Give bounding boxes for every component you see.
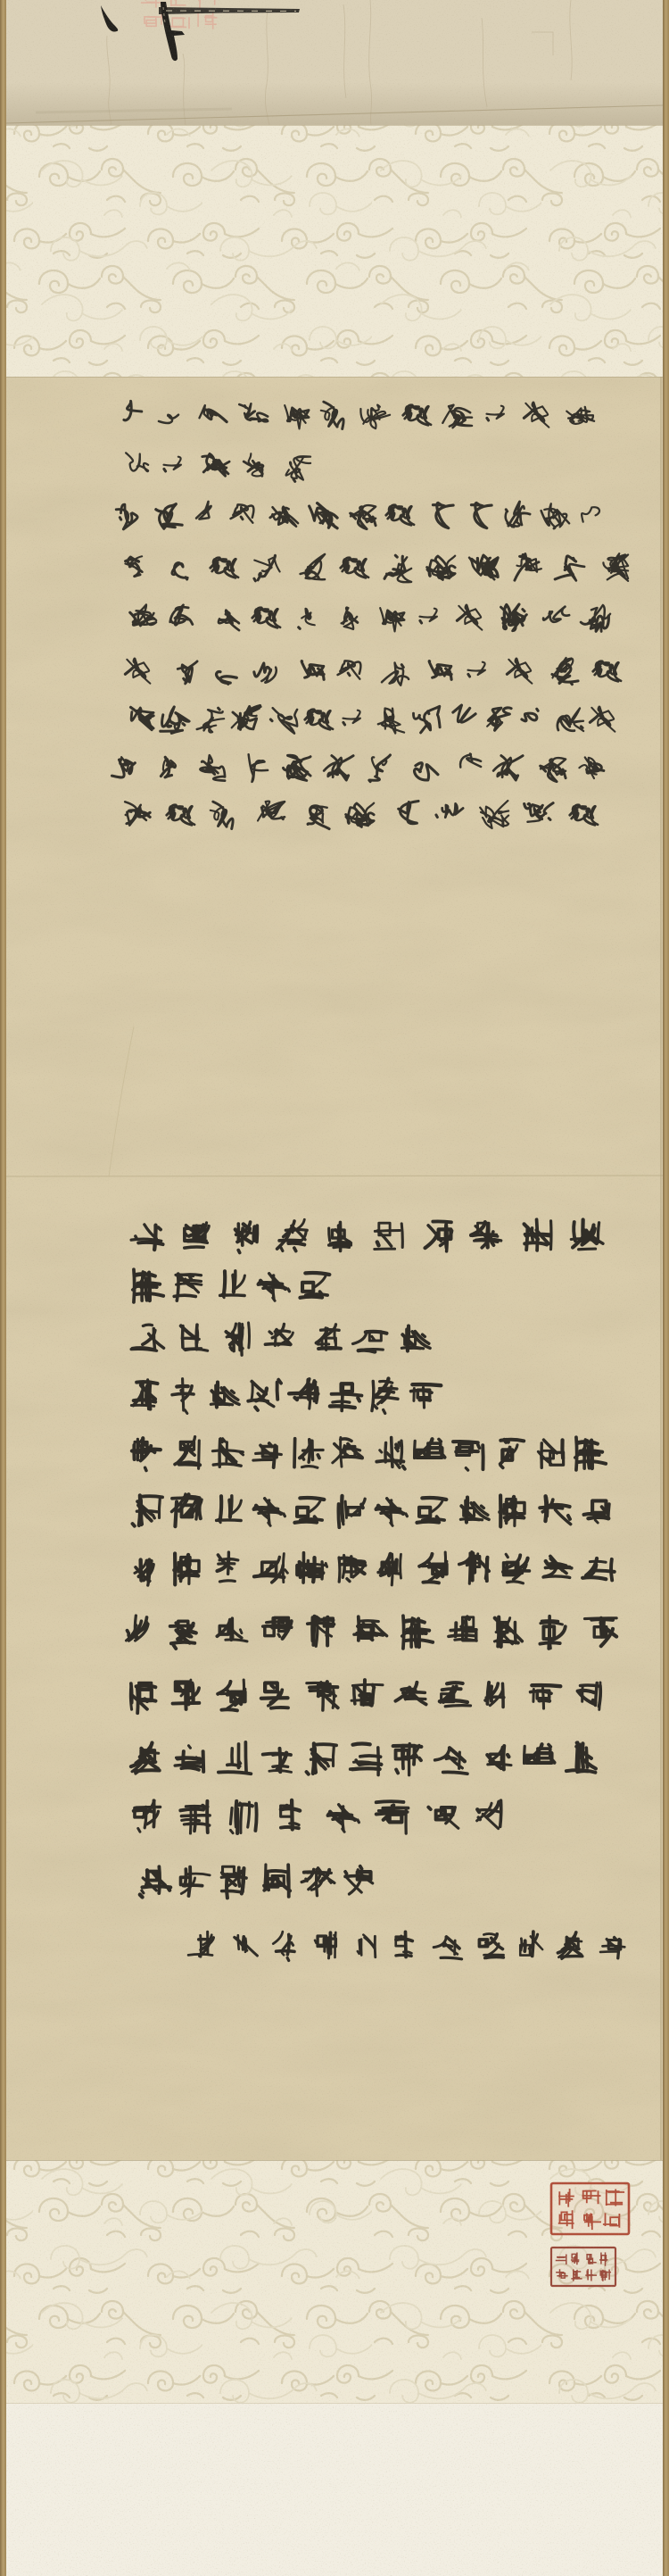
calligraphy-character: 將 — [120, 548, 153, 587]
calligraphy-character: 無 — [257, 1860, 296, 1901]
calligraphy-character: 萬 — [207, 598, 241, 637]
calligraphy-character: 爲 — [596, 548, 630, 587]
calligraphy-character: 今 — [213, 1675, 252, 1716]
calligraphy-character: 之 — [409, 1433, 449, 1474]
calligraphy-character: 淳 — [278, 748, 312, 787]
calligraphy-character: 一 — [363, 748, 397, 787]
calligraphy-character: 石 — [193, 700, 227, 739]
calligraphy-character: 能 — [481, 1675, 520, 1716]
calligraphy-character: 計 — [372, 700, 406, 739]
calligraphy-character: 若 — [116, 446, 150, 486]
calligraphy-character: 落 — [154, 395, 188, 435]
calligraphy-character: 由 — [207, 652, 241, 691]
calligraphy-column: 召生由喜都子達都乃召異之 — [122, 652, 623, 691]
calligraphy-character: 塘 — [469, 1215, 508, 1256]
calligraphy-character: 以 — [128, 1490, 167, 1531]
calligraphy-character: 之 — [566, 795, 599, 835]
calligraphy-character: 得 — [343, 495, 377, 535]
calligraphy-character: 寶 — [351, 1611, 390, 1652]
calligraphy-character: 兄 — [333, 1548, 372, 1589]
calligraphy-character: 百 — [538, 1548, 577, 1589]
calligraphy-character: 筆 — [442, 1611, 482, 1652]
calligraphy-character: 召 — [504, 652, 538, 691]
calligraphy-character: 御 — [323, 1215, 362, 1256]
calligraphy-character: 物 — [537, 495, 571, 535]
calligraphy-character: 答 — [471, 1796, 510, 1837]
calligraphy-character: 堅 — [177, 1796, 216, 1837]
calligraphy-character: 見 — [252, 795, 286, 835]
calligraphy-column: 樞密在政府時侍 — [128, 1318, 434, 1359]
calligraphy-character: 也 — [423, 548, 457, 587]
calligraphy-character: 年 — [167, 1611, 206, 1652]
calligraphy-character: 謹 — [555, 1927, 589, 1965]
calligraphy-character: 賜 — [169, 1490, 208, 1531]
calligraphy-character: 心 — [476, 795, 510, 835]
calligraphy-character: 大 — [250, 1490, 289, 1531]
calligraphy-character: 意 — [277, 395, 310, 435]
calligraphy-character: 謹 — [128, 1738, 167, 1779]
calligraphy-character: 都 — [419, 652, 453, 691]
calligraphy-character: 示 — [345, 1738, 384, 1779]
calligraphy-character: 綿 — [421, 495, 455, 535]
calligraphy-character: 觀 — [304, 1611, 343, 1652]
calligraphy-column: 朽堅忠孝大節仰答 — [128, 1796, 510, 1837]
calligraphy-character: 父 — [296, 1265, 335, 1306]
calligraphy-character: 超 — [124, 1675, 163, 1716]
calligraphy-character: 從 — [194, 395, 228, 435]
calligraphy-character: 大 — [324, 1796, 363, 1837]
calligraphy-character: 都 — [292, 652, 326, 691]
calligraphy-character: 祕 — [128, 1548, 167, 1589]
calligraphy-column: 灑落從遊意以出之何乃召沫 — [113, 395, 596, 435]
calligraphy-character: 楓 — [266, 495, 300, 535]
calligraphy-character: 召 — [122, 652, 156, 691]
calligraphy-character: 眷 — [176, 1860, 215, 1901]
calligraphy-character: 以 — [301, 1738, 341, 1779]
calligraphy-character: 年 — [321, 748, 355, 787]
calligraphy-column: 圖向曾大父 — [128, 1265, 335, 1306]
calligraphy-character: 已 — [479, 700, 513, 739]
calligraphy-character: 晚 — [566, 1215, 606, 1256]
calligraphy-character: 之 — [301, 700, 334, 739]
calligraphy-character: 凡 — [347, 1675, 386, 1716]
calligraphy-character: 圖 — [397, 1611, 436, 1652]
calligraphy-column: 聖眷於無涯也 — [135, 1860, 377, 1901]
calligraphy-character: 侍 — [454, 1490, 493, 1531]
calligraphy-character: 而 — [552, 548, 586, 587]
calligraphy-character: 子 — [334, 652, 368, 691]
calligraphy-character: 十 — [406, 748, 440, 787]
calligraphy-column: 北齋侍宴酒酣樂作 — [124, 1375, 445, 1416]
calligraphy-character: 酉 — [309, 1927, 343, 1965]
calligraphy-character: 者 — [150, 495, 184, 535]
calligraphy-character: 所 — [498, 495, 532, 535]
calligraphy-character: 至 — [251, 1548, 290, 1589]
calligraphy-character: 士 — [578, 598, 612, 637]
calligraphy-character: 上 — [128, 1433, 167, 1474]
calligraphy-character: 卓 — [169, 1675, 208, 1716]
calligraphy-character: 孫 — [432, 1927, 466, 1965]
calligraphy-character: 今 — [415, 1548, 454, 1589]
calligraphy-character: 異 — [546, 652, 580, 691]
calligraphy-character: 七 — [449, 748, 483, 787]
calligraphy-character: 節 — [373, 1796, 412, 1837]
calligraphy-character: 召 — [587, 700, 621, 739]
calligraphy-column: 徽宗皇帝御製池塘秋晚 — [128, 1215, 606, 1256]
calligraphy-character: 言 — [157, 700, 191, 739]
calligraphy-character: 後 — [193, 748, 227, 787]
calligraphy-character: 密 — [172, 1318, 211, 1359]
calligraphy-column: 徹者目子楓記得之綿綿所物多 — [111, 495, 609, 535]
calligraphy-character: 政 — [261, 1318, 301, 1359]
calligraphy-character: 圖 — [128, 1265, 167, 1306]
calligraphy-character: 何 — [440, 395, 474, 435]
calligraphy-character: 侍 — [204, 1375, 244, 1416]
calligraphy-character: 之 — [206, 548, 240, 587]
calligraphy-character: 父 — [413, 1490, 452, 1531]
calligraphy-character: 攜 — [108, 748, 142, 787]
calligraphy-character: 徽 — [128, 1215, 167, 1256]
calligraphy-character: 有 — [579, 1548, 618, 1589]
calligraphy-character: 宴 — [244, 1375, 284, 1416]
calligraphy-column: 以賜曾大父暨大父侍郎先君 — [128, 1490, 615, 1531]
calligraphy-character: 此 — [509, 548, 543, 587]
calligraphy-character: 乃 — [157, 446, 191, 486]
calligraphy-character: 浪 — [197, 446, 231, 486]
calligraphy-character: 以 — [318, 395, 351, 435]
calligraphy-character: 觀 — [250, 548, 284, 587]
calligraphy-character: 以 — [207, 795, 241, 835]
calligraphy-character: 子 — [227, 495, 261, 535]
calligraphy-character: 多 — [575, 495, 609, 535]
calligraphy-character: 暨 — [332, 1490, 371, 1531]
calligraphy-character: 親 — [208, 1433, 247, 1474]
calligraphy-character: 孫 — [433, 1738, 472, 1779]
calligraphy-character: 大 — [254, 1265, 293, 1306]
calligraphy-character: 適 — [293, 548, 326, 587]
calligraphy-character: 誠 — [516, 700, 549, 739]
calligraphy-character: 四 — [456, 1548, 495, 1589]
calligraphy-character: 當 — [171, 1738, 211, 1779]
calligraphy-character: 之 — [382, 495, 416, 535]
calligraphy-character: 慶 — [328, 1433, 368, 1474]
calligraphy-column: 謹當珍藏以示子孫俾之不 — [128, 1738, 602, 1779]
calligraphy-character: 乃 — [480, 395, 514, 435]
calligraphy-character: 宗 — [177, 1215, 216, 1256]
calligraphy-character: 得 — [533, 748, 567, 787]
calligraphy-character: 郎 — [169, 1548, 208, 1589]
calligraphy-character: 迄 — [374, 1548, 413, 1589]
calligraphy-character: 侍 — [395, 1318, 434, 1359]
calligraphy-character: 子 — [389, 1738, 428, 1779]
calligraphy-character: 妙 — [581, 1611, 620, 1652]
calligraphy-character: 萬 — [186, 1927, 219, 1965]
calligraphy-character: 之 — [336, 548, 370, 587]
calligraphy-character: 年 — [491, 748, 524, 787]
calligraphy-character: 然 — [151, 748, 185, 787]
calligraphy-character: 酒 — [285, 1375, 325, 1416]
calligraphy-character: 父 — [291, 1490, 330, 1531]
calligraphy-character: 副 — [124, 598, 158, 637]
calligraphy-character: 目 — [189, 495, 223, 535]
calligraphy-character: 意 — [450, 1433, 489, 1474]
calligraphy-character: 哉 — [570, 1675, 609, 1716]
calligraphy-character: 於 — [216, 1860, 255, 1901]
calligraphy-character: 樞 — [128, 1318, 167, 1359]
calligraphy-character: 精 — [489, 1611, 528, 1652]
calligraphy-character: 之 — [399, 395, 433, 435]
calligraphy-character: 孝 — [391, 1927, 425, 1965]
calligraphy-column: 副暢萬之中揚意乃召為書士 — [124, 598, 612, 637]
calligraphy-column: 攜然後濡淳年一十七年得起 — [108, 748, 610, 787]
calligraphy-character: 曆 — [227, 1927, 260, 1965]
calligraphy-character: 書 — [596, 1927, 630, 1965]
calligraphy-character: 帝 — [274, 1215, 313, 1256]
calligraphy-character: 郎 — [494, 1490, 533, 1531]
calligraphy-character: 清 — [521, 795, 555, 835]
calligraphy-character: 乃 — [336, 700, 370, 739]
calligraphy-character: 時 — [351, 1318, 390, 1359]
calligraphy-character: 為 — [495, 598, 529, 637]
calligraphy-character: 旁 — [163, 548, 197, 587]
calligraphy-character: 其 — [288, 1433, 327, 1474]
calligraphy-character: 濡 — [235, 748, 269, 787]
calligraphy-character: 豈 — [302, 1675, 342, 1716]
calligraphy-character: 忠 — [226, 1796, 265, 1837]
calligraphy-character: 生 — [165, 652, 199, 691]
calligraphy-character: 之 — [519, 1738, 558, 1779]
calligraphy-character: 傳 — [210, 1548, 249, 1589]
calligraphy-character: 乃 — [413, 598, 447, 637]
calligraphy-character: 達 — [376, 652, 410, 691]
calligraphy-character: 餘 — [120, 1611, 160, 1652]
calligraphy-character: 可 — [228, 700, 262, 739]
calligraphy-character: 皇 — [225, 1215, 264, 1256]
calligraphy-character: 書 — [537, 598, 571, 637]
calligraphy-character: 中 — [289, 598, 323, 637]
calligraphy-character: 繹 — [297, 795, 331, 835]
calligraphy-character: 乃 — [461, 652, 495, 691]
calligraphy-character: 記 — [305, 495, 339, 535]
calligraphy-character: 機 — [278, 446, 312, 486]
calligraphy-character: 要 — [265, 700, 299, 739]
calligraphy-character: 灑 — [113, 395, 147, 435]
calligraphy-character: 齋 — [164, 1375, 203, 1416]
calligraphy-character: 斯 — [530, 1433, 569, 1474]
calligraphy-character: 作 — [525, 1675, 565, 1716]
calligraphy-character: 府 — [306, 1318, 345, 1359]
calligraphy-character: 滄 — [473, 1927, 507, 1965]
calligraphy-character: 嵩 — [514, 1927, 548, 1965]
calligraphy-character: 俾 — [475, 1738, 515, 1779]
calligraphy-character: 撥 — [238, 446, 272, 486]
calligraphy-character: 綿 — [459, 495, 493, 535]
calligraphy-character: 曾 — [212, 1265, 252, 1306]
calligraphy-character: 能 — [379, 548, 413, 587]
calligraphy-column: 將旁之觀適之能也與此而爲 — [120, 548, 630, 587]
calligraphy-column: 餘年矣拜觀寶圖筆精墨妙 — [120, 1611, 620, 1652]
calligraphy-character: 揚 — [330, 598, 364, 637]
calligraphy-character: 諸 — [386, 795, 420, 835]
calligraphy-character: 秋 — [517, 1215, 557, 1256]
calligraphy-character: 地 — [443, 700, 477, 739]
calligraphy-character: 乃 — [168, 1433, 207, 1474]
calligraphy-character: 向 — [169, 1265, 209, 1306]
calligraphy-character: 予 — [292, 1548, 331, 1589]
calligraphy-column: 上乃親書其慶會之意出斯圖 — [128, 1433, 609, 1474]
calligraphy-character: 矣 — [212, 1611, 252, 1652]
calligraphy-character: 聖 — [135, 1860, 174, 1901]
calligraphy-character: 手 — [392, 1675, 431, 1716]
calligraphy-character: 孝 — [275, 1796, 314, 1837]
calligraphy-character: 沫 — [562, 395, 596, 435]
calligraphy-character: 作 — [406, 1375, 445, 1416]
calligraphy-character: 暢 — [165, 598, 199, 637]
hanging-scroll: 灑落從遊意以出之何乃召沫 若乃浪撥機 徹者目子楓記得之綿綿所物多 將旁之觀適之能… — [0, 0, 669, 2576]
calligraphy-character: 圖 — [570, 1433, 609, 1474]
calligraphy-character: 與 — [466, 548, 500, 587]
calligraphy-character: 公 — [431, 795, 465, 835]
calligraphy-character: 意 — [372, 598, 406, 637]
calligraphy-character: 在 — [217, 1318, 256, 1359]
calligraphy-character: 出 — [358, 395, 392, 435]
calligraphy-character: 喜 — [250, 652, 284, 691]
calligraphy-character: 酣 — [326, 1375, 365, 1416]
calligraphy-character: 仰 — [422, 1796, 461, 1837]
calligraphy-column: 明言石可要之乃計國地已誠不召 — [121, 700, 621, 739]
calligraphy-character: 起 — [576, 748, 610, 787]
calligraphy-character: 拜 — [259, 1611, 298, 1652]
calligraphy-character: 君 — [576, 1490, 615, 1531]
calligraphy-character: 世 — [497, 1548, 536, 1589]
calligraphy-character: 北 — [124, 1375, 163, 1416]
calligraphy-character: 先 — [535, 1490, 574, 1531]
calligraphy-character: 國 — [408, 700, 442, 739]
calligraphy-character: 不 — [551, 700, 585, 739]
calligraphy-column: 祕郎傳至予兄迄今四世百有 — [128, 1548, 618, 1589]
calligraphy-character: 也 — [338, 1860, 377, 1901]
calligraphy-character: 池 — [420, 1215, 459, 1256]
calligraphy-column: 祝之以見繹也諸公心清之 — [118, 795, 599, 835]
calligraphy-character: 會 — [368, 1433, 408, 1474]
calligraphy-character: 祝 — [118, 795, 152, 835]
calligraphy-character: 藏 — [258, 1738, 297, 1779]
calligraphy-character: 樂 — [366, 1375, 405, 1416]
calligraphy-character: 之 — [162, 795, 196, 835]
calligraphy-character: 遊 — [235, 395, 269, 435]
calligraphy-character: 書 — [248, 1433, 287, 1474]
calligraphy-character: 大 — [372, 1490, 411, 1531]
calligraphy-character: 出 — [490, 1433, 529, 1474]
calligraphy-character: 所 — [436, 1675, 475, 1716]
signature-column: 萬曆丁酉春孝孫滄嵩謹書 — [186, 1926, 630, 1965]
calligraphy-character: 涯 — [297, 1860, 336, 1901]
calligraphy-character: 也 — [342, 795, 376, 835]
calligraphy-column: 若乃浪撥機 — [116, 446, 312, 486]
calligraphy-column: 超卓今古豈凡手所能作哉 — [124, 1675, 609, 1716]
calligraphy-character: 召 — [454, 598, 488, 637]
calligraphy-character: 製 — [371, 1215, 410, 1256]
calligraphy-character: 丁 — [268, 1927, 301, 1965]
calligraphy-character: 春 — [350, 1927, 384, 1965]
calligraphy-character: 墨 — [534, 1611, 574, 1652]
calligraphy-character: 曾 — [209, 1490, 248, 1531]
calligraphy-character: 明 — [121, 700, 155, 739]
calligraphy-character: 徹 — [111, 495, 145, 535]
calligraphy-character: 不 — [563, 1738, 602, 1779]
calligraphy-character: 之 — [589, 652, 623, 691]
calligraphy-character: 召 — [521, 395, 555, 435]
calligraphy-character: 珍 — [215, 1738, 254, 1779]
calligraphy-character: 之 — [248, 598, 282, 637]
calligraphy-character: 古 — [258, 1675, 297, 1716]
calligraphy-character: 朽 — [128, 1796, 167, 1837]
